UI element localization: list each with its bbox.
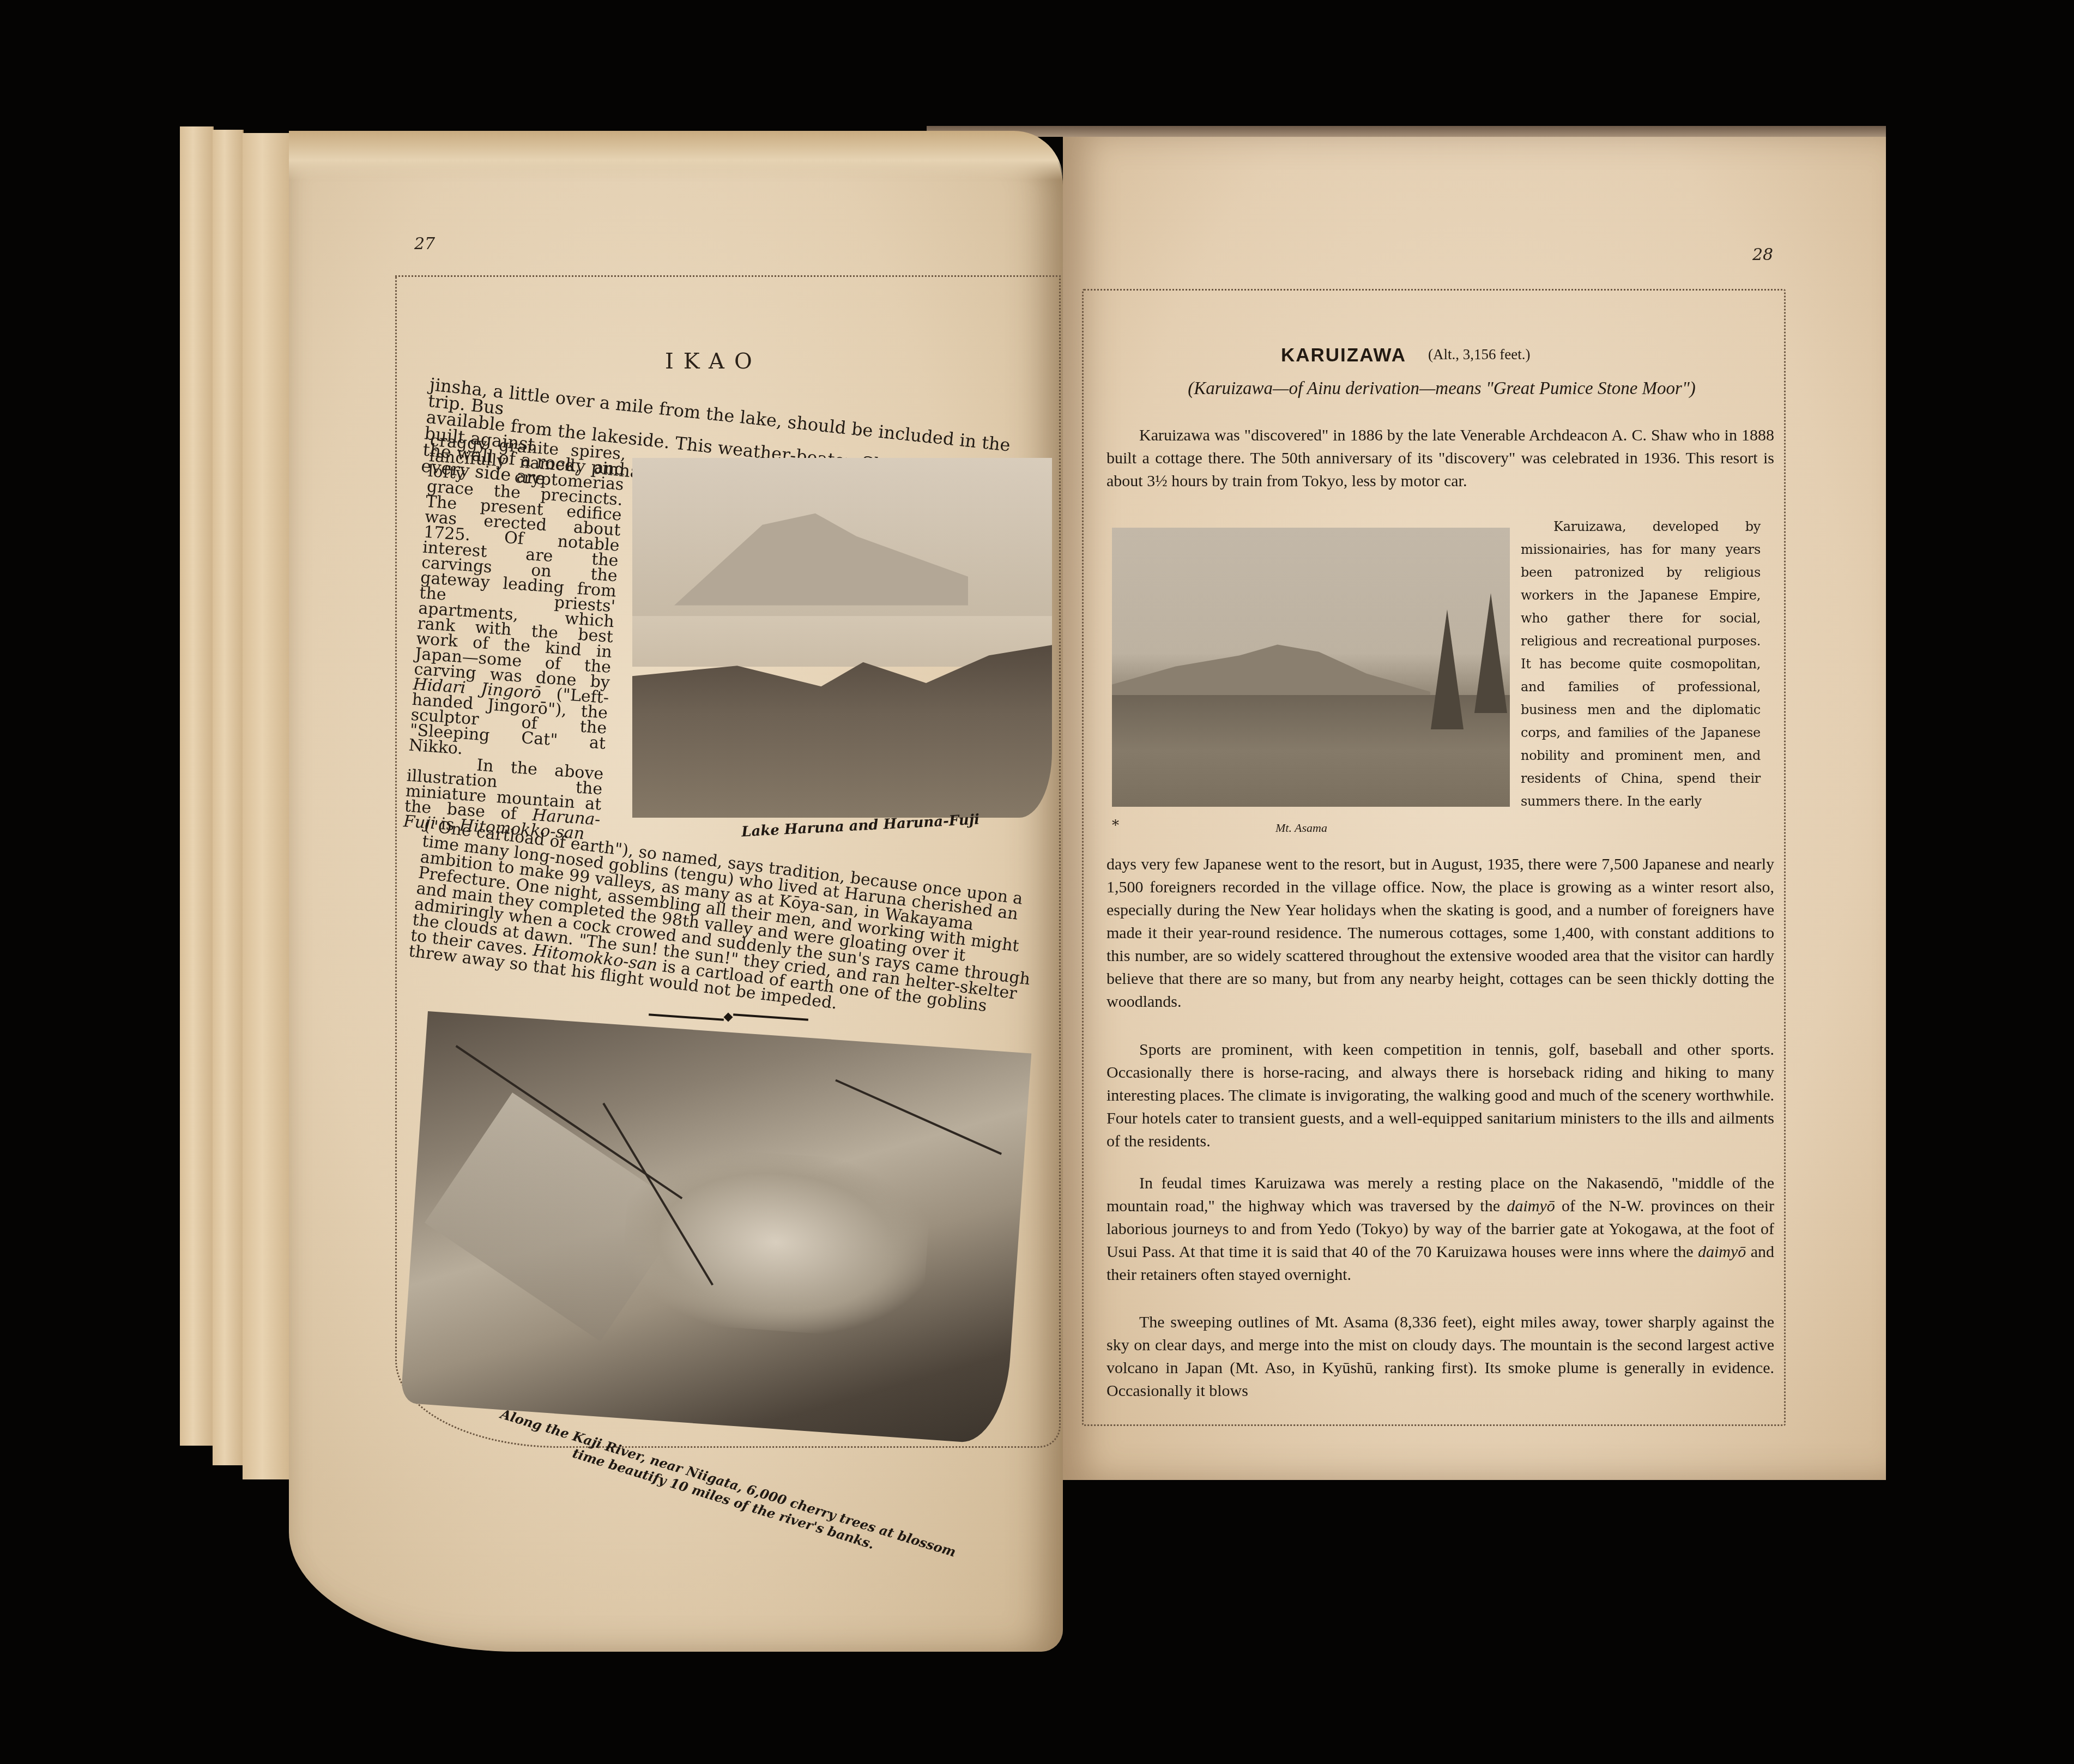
open-book: 27 IKAO jinsha, a little over a mile fro… xyxy=(0,0,2074,1764)
paragraph: Sports are prominent, with keen competit… xyxy=(1106,1038,1774,1153)
section-divider-ornament xyxy=(649,1014,812,1019)
tree-shape xyxy=(1474,593,1507,713)
narrow-column-text: craggy granite spires, fancifully named,… xyxy=(403,433,626,843)
page-stack-edge xyxy=(243,133,293,1479)
page-curl xyxy=(289,131,1063,180)
tree-shape xyxy=(1431,609,1464,729)
paragraph-beside-photo: Karuizawa, developed by missionairies, h… xyxy=(1521,515,1761,813)
photo-lake-haruna xyxy=(632,458,1052,818)
running-title: IKAO xyxy=(665,349,762,374)
asterisk-marker: * xyxy=(1112,818,1119,834)
photo-mt-asama xyxy=(1112,528,1510,807)
page-number-right: 28 xyxy=(1752,245,1773,264)
page-stack-edge xyxy=(180,126,214,1446)
photo-kaji-river xyxy=(401,1011,1032,1445)
page-stack-edge xyxy=(213,130,244,1465)
paragraph: In feudal times Karuizawa was merely a r… xyxy=(1106,1172,1774,1286)
paragraph: The sweeping outlines of Mt. Asama (8,33… xyxy=(1106,1311,1774,1403)
paragraph: Karuizawa was "discovered" in 1886 by th… xyxy=(1106,424,1774,493)
photo-caption: Mt. Asama xyxy=(1275,821,1327,835)
book-cover-edge xyxy=(927,126,1886,137)
altitude-note: (Alt., 3,156 feet.) xyxy=(1428,346,1530,363)
section-title: KARUIZAWA xyxy=(1281,345,1406,366)
page-number-left: 27 xyxy=(414,234,435,253)
section-subtitle: (Karuizawa—of Ainu derivation—means "Gre… xyxy=(1106,379,1777,399)
paragraph-continuation: days very few Japanese went to the resor… xyxy=(1106,853,1774,1013)
